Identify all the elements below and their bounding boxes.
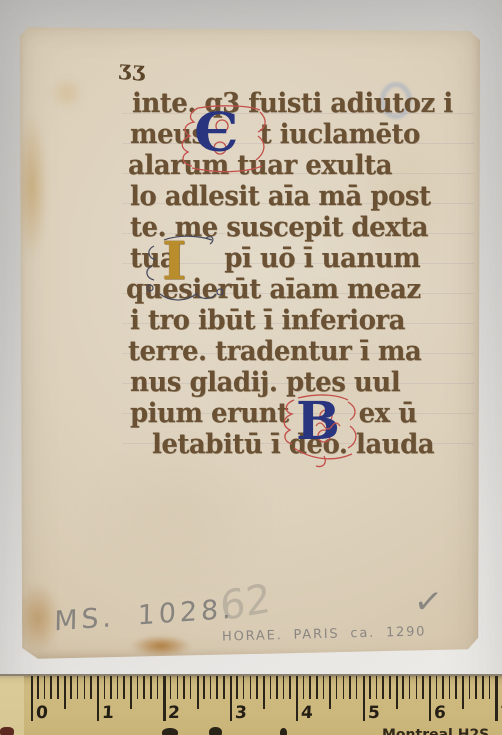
ruler-tick [50,676,52,699]
shelfmark-inscription: MS. 1028. [54,594,235,638]
ruler-tick [143,676,145,699]
ruler-tick [250,676,252,699]
ruler-tick [276,676,278,699]
faint-pencil-number: 62 [219,576,272,631]
ruler-tick [263,676,265,709]
photo-scene: ʒʒ inte. q3 fuisti adiutoz imeust iuclam… [0,0,502,735]
ruler-tick [442,676,444,699]
ruler-tick [84,676,86,699]
red-flourish-deo [315,420,345,430]
ruler-tick [197,676,199,709]
parchment-surface: ʒʒ inte. q3 fuisti adiutoz imeust iuclam… [18,26,480,660]
ruler-tick [296,676,298,721]
ruler-tick [316,676,318,699]
ruler-tick [210,676,212,699]
ruler-number: 3 [234,703,247,723]
ruler-tick [283,676,285,699]
illuminated-initial-b: B [264,390,384,470]
ruler-tick [436,676,438,699]
ruler-tick [455,676,457,699]
ruler-tick [422,676,424,699]
ruler-tick [323,676,325,699]
ruler-tick [97,676,99,721]
manuscript-leaf: ʒʒ inte. q3 fuisti adiutoz imeust iuclam… [18,26,480,660]
ruler-tick [236,676,238,699]
ruler-tick [396,676,398,709]
ruler-tick [70,676,72,699]
ruler-tick [449,676,451,699]
ruler-tick [349,676,351,699]
ruler-tick [336,676,338,699]
ruler-tick [117,676,119,699]
ruler-number: 2 [168,703,181,723]
ruler-tick [183,676,185,699]
ruler-tick [309,676,311,699]
ruler-tick [177,676,179,699]
ruler-tick [64,676,66,709]
ruler-tick [289,676,291,699]
stain-bottom-center [121,632,201,660]
ruler-tick [243,676,245,699]
ruler-tick [343,676,345,699]
ruler-number: 0 [35,703,48,723]
ruler-tick [90,676,92,699]
ruler-print-fragment [280,728,287,735]
ruler-tick [369,676,371,699]
illuminated-initial-e: Є [164,102,274,180]
ruler-print-fragment [162,728,178,735]
ruler-tick [303,676,305,699]
ruler-print-fragment [209,727,222,735]
ruler-tick [31,676,33,721]
ruler-tick [130,676,132,709]
ruler-tick [163,676,165,721]
ruler-tick [37,676,39,699]
ruler-tick [170,676,172,699]
ruler-tick [329,676,331,709]
ruler-tick [230,676,232,721]
ruler-tick [110,676,112,699]
ruler-tick [429,676,431,721]
manuscript-text-line: lo adlesit aīa mā post [130,181,431,212]
ruler-tick [223,676,225,699]
ruler-tick [137,676,139,699]
ruler-tick [462,676,464,709]
manuscript-text-line: terre. tradentur ī ma [128,336,421,367]
ruler-tick [150,676,152,699]
ruler-tick [270,676,272,699]
stain-top-left [44,70,90,116]
red-blob-mark [0,727,14,735]
ruler-tick [157,676,159,699]
ruler-tick [363,676,365,721]
ruler: 01234567 Montreal H2S [0,674,502,735]
curator-note: HORAE. PARIS ca. 1290 [222,624,427,644]
ruler-tick [482,676,484,699]
ruler-tick [123,676,125,699]
manuscript-text-line: i tro ibūt ī inferiora [130,305,405,336]
ruler-tick [256,676,258,699]
ruler-tick [416,676,418,699]
illuminated-initial-i: I [136,232,236,306]
check-mark: ✓ [412,581,445,624]
ruler-tick [44,676,46,699]
ruler-number: 6 [433,703,446,723]
initial-letter-i: I [162,236,186,288]
ruler-brand-text: Montreal H2S [382,727,489,735]
ruler-tick [57,676,59,699]
ruler-tick [216,676,218,699]
ruler-tick [203,676,205,699]
ruler-tick [356,676,358,699]
ruler-number: 5 [367,703,380,723]
ruler-tick [389,676,391,699]
stain-left-edge [10,84,54,289]
quire-mark: ʒʒ [118,55,148,82]
ruler-tick [382,676,384,699]
ruler-tick [104,676,106,699]
ruler-tick [495,676,497,721]
ruler-tick [77,676,79,699]
ruler-tick [190,676,192,699]
ruler-tick [376,676,378,699]
ruler-number: 4 [301,703,314,723]
ruler-tick [489,676,491,699]
ruler-tick [475,676,477,699]
ruler-tick [402,676,404,699]
ruler-tick [469,676,471,699]
ruler-tick [409,676,411,699]
ruler-number: 1 [101,703,114,723]
initial-letter-e: Є [194,106,239,159]
